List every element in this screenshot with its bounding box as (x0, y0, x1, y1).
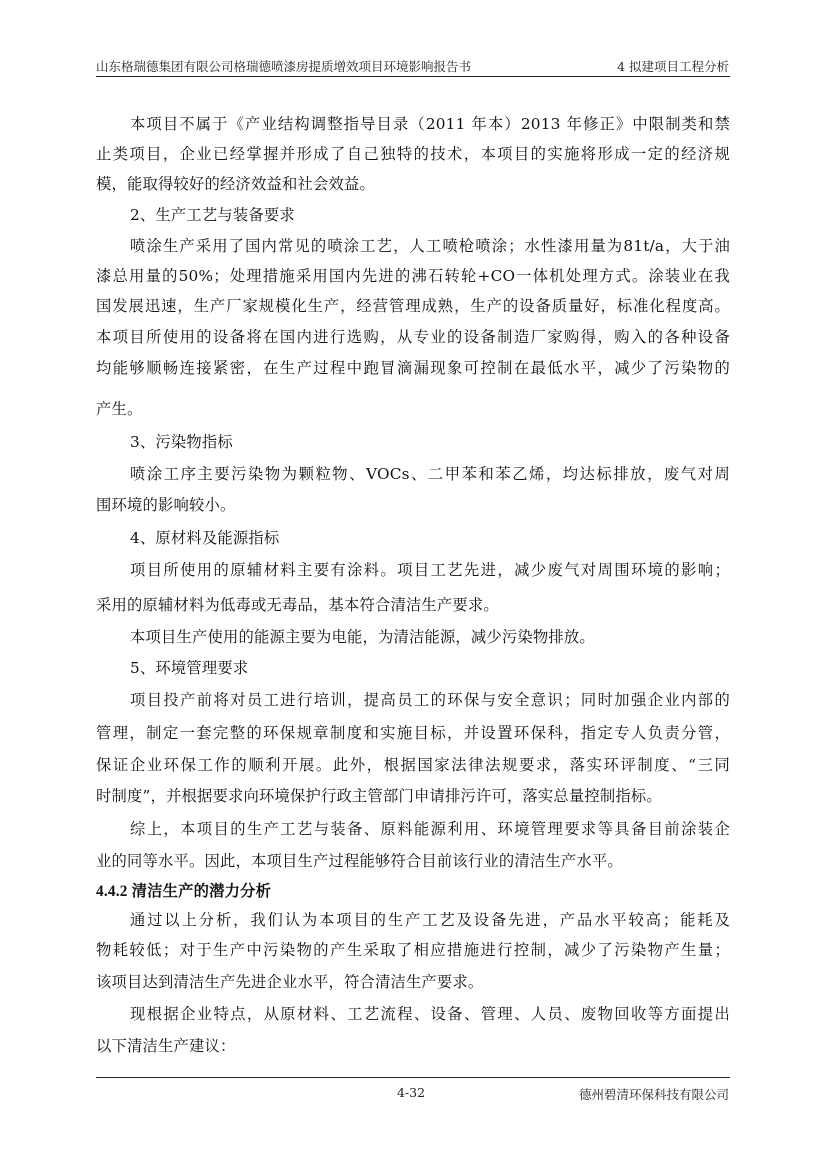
header-rule (96, 76, 730, 77)
paragraph-line: 该项目达到清洁生产先进企业水平，符合清洁生产要求。 (96, 970, 730, 992)
paragraph-line: 本项目生产使用的能源主要为电能，为清洁能源，减少污染物排放。 (96, 625, 730, 647)
paragraph-line: 现根据企业特点，从原材料、工艺流程、设备、管理、人员、废物回收等方面提出 (96, 1002, 730, 1024)
paragraph-line: 漆总用量的50%；处理措施采用国内先进的沸石转轮+CO一体机处理方式。涂装业在我 (96, 264, 730, 286)
footer-company: 德州碧清环保科技有限公司 (579, 1085, 729, 1103)
paragraph-line: 均能够顺畅连接紧密，在生产过程中跑冒滴漏现象可控制在最低水平，减少了污染物的 (96, 356, 730, 378)
paragraph-line: 业的同等水平。因此，本项目生产过程能够符合目前该行业的清洁生产水平。 (96, 849, 730, 871)
paragraph-line: 时制度”，并根据要求向环境保护行政主管部门申请排污许可，落实总量控制指标。 (96, 784, 730, 806)
subheading: 3、污染物指标 (96, 430, 730, 452)
paragraph-line: 通过以上分析，我们认为本项目的生产工艺及设备先进，产品水平较高；能耗及 (96, 908, 730, 930)
paragraph-line: 本项目所使用的设备将在国内进行选购，从专业的设备制造厂家购得，购入的各种设备 (96, 325, 730, 347)
paragraph-line: 保证企业环保工作的顺利开展。此外，根据国家法律法规要求，落实环评制度、“三同 (96, 753, 730, 775)
header-report-title: 山东格瑞德集团有限公司格瑞德喷漆房提质增效项目环境影响报告书 (96, 57, 471, 75)
paragraph-line: 综上，本项目的生产工艺与装备、原料能源利用、环境管理要求等具备目前涂装企 (96, 817, 730, 839)
subheading: 5、环境管理要求 (96, 656, 730, 678)
paragraph-line: 喷涂工序主要污染物为颗粒物、VOCs、二甲苯和苯乙烯，均达标排放，废气对周 (96, 462, 730, 484)
page-number: 4-32 (397, 1085, 425, 1100)
paragraph-line: 本项目不属于《产业结构调整指导目录（2011 年本）2013 年修正》中限制类和… (96, 112, 730, 134)
section-heading: 4.4.2 清洁生产的潜力分析 (96, 879, 730, 901)
footer-rule (96, 1077, 730, 1078)
paragraph-line: 国发展迅速，生产厂家规模化生产，经营管理成熟，生产的设备质量好，标准化程度高。 (96, 294, 730, 316)
paragraph-line: 采用的原辅材料为低毒或无毒品，基本符合清洁生产要求。 (96, 593, 730, 615)
subheading: 4、原材料及能源指标 (96, 526, 730, 548)
paragraph-line: 止类项目，企业已经掌握并形成了自己独特的技术，本项目的实施将形成一定的经济规 (96, 142, 730, 164)
paragraph-line: 管理，制定一套完整的环保规章制度和实施目标，并设置环保科，指定专人负责分管， (96, 721, 730, 743)
paragraph-line: 围环境的影响较小。 (96, 493, 730, 515)
header-chapter-title: 4 拟建项目工程分析 (617, 57, 729, 75)
paragraph-line: 喷涂生产采用了国内常见的喷涂工艺，人工喷枪喷涂；水性漆用量为81t/a，大于油 (96, 234, 730, 256)
paragraph-line: 模，能取得较好的经济效益和社会效益。 (96, 172, 730, 194)
paragraph-line: 项目投产前将对员工进行培训，提高员工的环保与安全意识；同时加强企业内部的 (96, 688, 730, 710)
paragraph-line: 物耗较低；对于生产中污染物的产生采取了相应措施进行控制，减少了污染物产生量； (96, 938, 730, 960)
subheading: 2、生产工艺与装备要求 (96, 203, 730, 225)
paragraph-line: 项目所使用的原辅材料主要有涂料。项目工艺先进，减少废气对周围环境的影响； (96, 558, 730, 580)
paragraph-line: 以下清洁生产建议： (96, 1034, 730, 1056)
paragraph-line: 产生。 (96, 397, 730, 419)
